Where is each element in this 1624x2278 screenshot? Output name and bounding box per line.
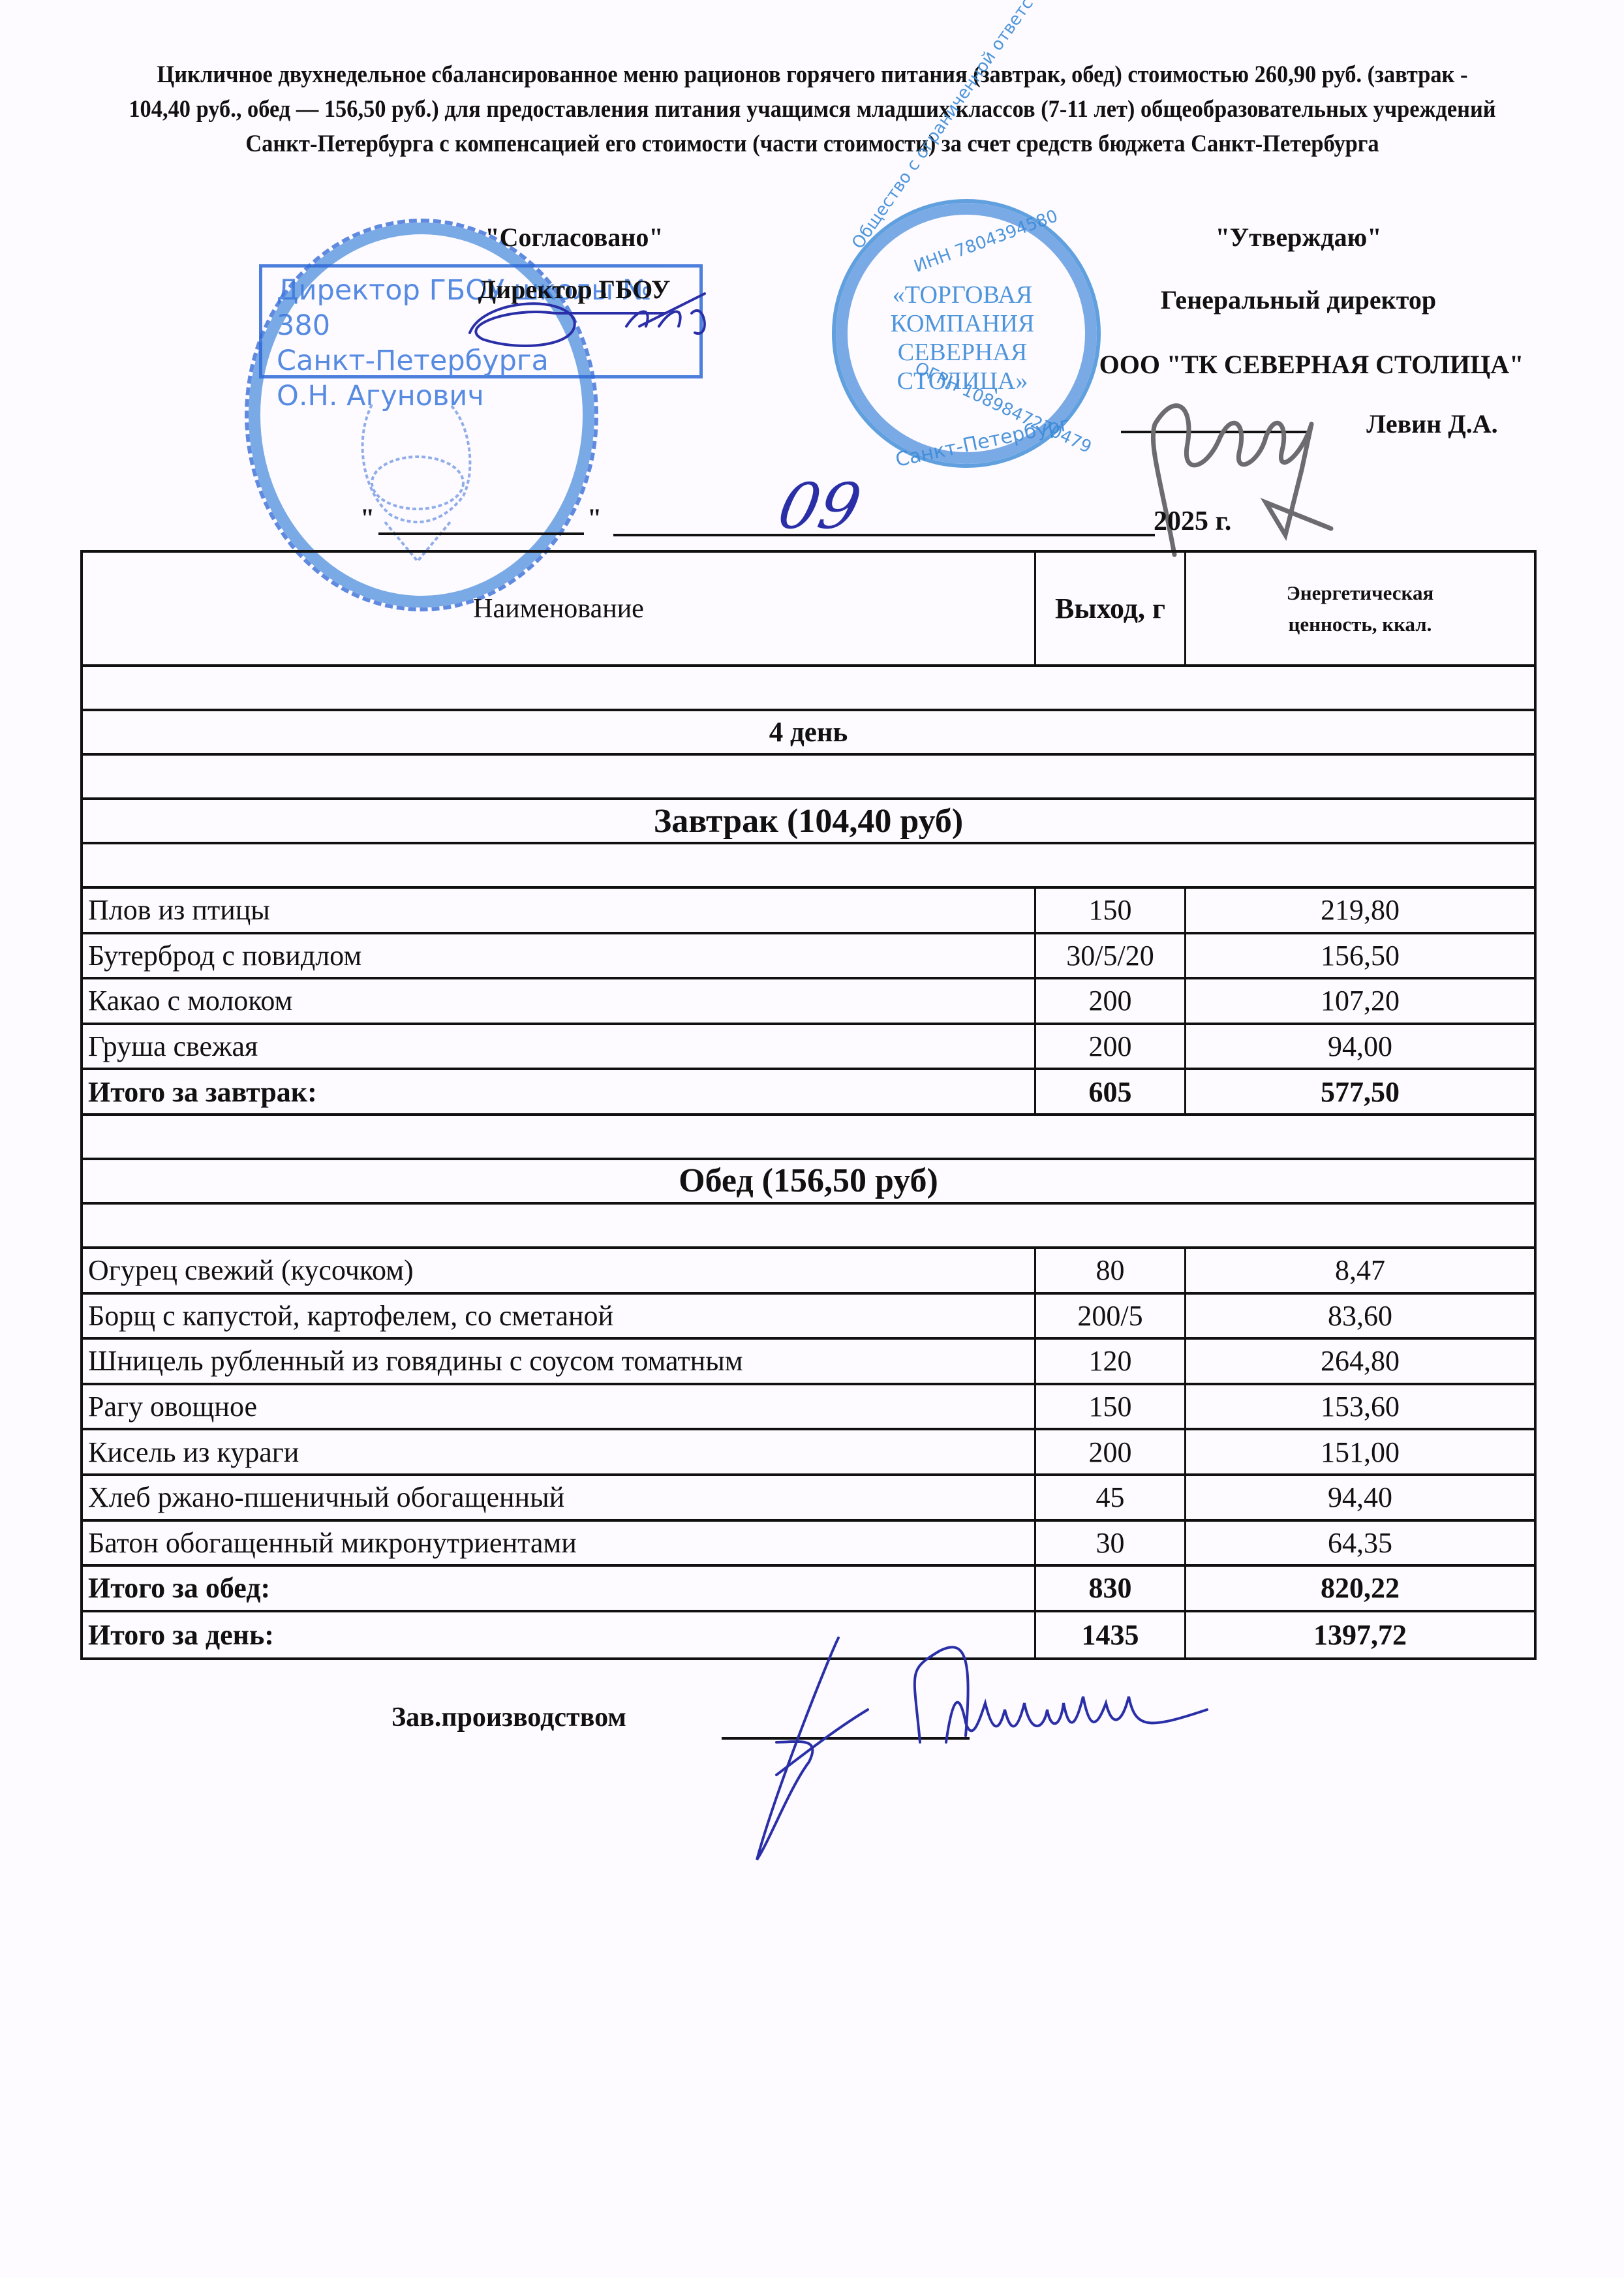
blank-row xyxy=(83,756,1534,800)
date-open-quote: " xyxy=(360,502,375,533)
date-month-handwritten: 09 xyxy=(772,470,867,543)
table-header-row: Наименование Выход, г Энергетическая цен… xyxy=(83,553,1534,667)
dish-yield: 200 xyxy=(1036,1430,1186,1473)
header-energy-line2: ценность, ккал. xyxy=(1287,609,1433,640)
lunch-section-row: Обед (156,50 руб) xyxy=(83,1160,1534,1205)
table-row: Кисель из кураги200151,00 xyxy=(83,1430,1534,1476)
day-label: 4 день xyxy=(83,711,1534,753)
stamp-line: СЕВЕРНАЯ xyxy=(874,338,1050,367)
blank-row xyxy=(83,844,1534,889)
dish-name: Кисель из кураги xyxy=(83,1430,1036,1473)
dish-name: Хлеб ржано-пшеничный обогащенный xyxy=(83,1476,1036,1519)
table-row: Батон обогащенный микронутриентами3064,3… xyxy=(83,1522,1534,1567)
table-row: Бутерброд с повидлом30/5/20156,50 xyxy=(83,934,1534,980)
school-director-signature xyxy=(444,274,718,365)
dish-energy: 107,20 xyxy=(1186,979,1534,1023)
blank-row xyxy=(83,1116,1534,1160)
blank-row xyxy=(83,1205,1534,1249)
approval-right-heading: "Утверждаю" xyxy=(1044,222,1553,253)
total-yield: 605 xyxy=(1036,1070,1186,1113)
dish-energy: 151,00 xyxy=(1186,1430,1534,1473)
dish-energy: 94,00 xyxy=(1186,1025,1534,1068)
dish-yield: 45 xyxy=(1036,1476,1186,1519)
document-title: Цикличное двухнедельное сбалансированное… xyxy=(123,57,1501,161)
dish-yield: 80 xyxy=(1036,1249,1186,1292)
production-manager-signature xyxy=(750,1631,1377,1866)
dish-energy: 156,50 xyxy=(1186,934,1534,977)
dish-energy: 264,80 xyxy=(1186,1340,1534,1383)
dish-energy: 8,47 xyxy=(1186,1249,1534,1292)
dish-energy: 219,80 xyxy=(1186,889,1534,932)
header-name: Наименование xyxy=(83,553,1036,664)
menu-table: Наименование Выход, г Энергетическая цен… xyxy=(80,550,1537,1660)
table-row: Какао с молоком200107,20 xyxy=(83,979,1534,1025)
dish-yield: 30/5/20 xyxy=(1036,934,1186,977)
dish-yield: 150 xyxy=(1036,1385,1186,1428)
dish-name: Груша свежая xyxy=(83,1025,1036,1068)
stamp-line: О.Н. Агунович xyxy=(277,378,699,414)
dish-yield: 150 xyxy=(1036,889,1186,932)
blank-row xyxy=(83,667,1534,711)
table-row: Борщ с капустой, картофелем, со сметаной… xyxy=(83,1295,1534,1340)
table-row: Рагу овощное150153,60 xyxy=(83,1385,1534,1431)
dish-yield: 30 xyxy=(1036,1522,1186,1565)
day-label-row: 4 день xyxy=(83,711,1534,756)
breakfast-section-row: Завтрак (104,40 руб) xyxy=(83,800,1534,844)
table-row: Хлеб ржано-пшеничный обогащенный4594,40 xyxy=(83,1476,1534,1522)
approval-left-heading: "Согласовано" xyxy=(378,222,770,253)
dish-name: Шницель рубленный из говядины с соусом т… xyxy=(83,1340,1036,1383)
header-yield: Выход, г xyxy=(1036,553,1186,664)
date-year: 2025 г. xyxy=(1154,506,1231,537)
header-energy-line1: Энергетическая xyxy=(1287,577,1433,609)
stamp-line: «ТОРГОВАЯ xyxy=(874,281,1050,309)
dish-yield: 120 xyxy=(1036,1340,1186,1383)
approval-right-position: Генеральный директор xyxy=(1044,285,1553,316)
date-month-line xyxy=(613,534,1155,536)
dish-energy: 64,35 xyxy=(1186,1522,1534,1565)
dish-energy: 83,60 xyxy=(1186,1295,1534,1338)
total-yield: 830 xyxy=(1036,1567,1186,1610)
table-row: Плов из птицы150219,80 xyxy=(83,889,1534,934)
dish-name: Рагу овощное xyxy=(83,1385,1036,1428)
total-energy: 820,22 xyxy=(1186,1567,1534,1610)
stamp-line: КОМПАНИЯ xyxy=(874,309,1050,338)
dish-yield: 200 xyxy=(1036,1025,1186,1068)
date-day-line xyxy=(378,532,584,535)
dish-name: Какао с молоком xyxy=(83,979,1036,1023)
header-energy: Энергетическая ценность, ккал. xyxy=(1186,553,1534,664)
total-energy: 577,50 xyxy=(1186,1070,1534,1113)
date-close-quote: " xyxy=(587,502,602,533)
general-director-signature xyxy=(1135,352,1344,574)
lunch-label: Обед (156,50 руб) xyxy=(83,1160,1534,1202)
dish-energy: 153,60 xyxy=(1186,1385,1534,1428)
breakfast-label: Завтрак (104,40 руб) xyxy=(83,800,1534,842)
dish-name: Огурец свежий (кусочком) xyxy=(83,1249,1036,1292)
total-row: Итого за завтрак:605577,50 xyxy=(83,1070,1534,1116)
dish-name: Батон обогащенный микронутриентами xyxy=(83,1522,1036,1565)
total-row: Итого за обед:830820,22 xyxy=(83,1567,1534,1612)
table-row: Шницель рубленный из говядины с соусом т… xyxy=(83,1340,1534,1385)
dish-name: Бутерброд с повидлом xyxy=(83,934,1036,977)
table-row: Груша свежая20094,00 xyxy=(83,1025,1534,1071)
total-label: Итого за завтрак: xyxy=(83,1070,1036,1113)
table-row: Огурец свежий (кусочком)808,47 xyxy=(83,1249,1534,1295)
dish-yield: 200/5 xyxy=(1036,1295,1186,1338)
total-label: Итого за обед: xyxy=(83,1567,1036,1610)
dish-name: Плов из птицы xyxy=(83,889,1036,932)
production-manager-label: Зав.производством xyxy=(391,1702,626,1733)
dish-yield: 200 xyxy=(1036,979,1186,1023)
dish-name: Борщ с капустой, картофелем, со сметаной xyxy=(83,1295,1036,1338)
dish-energy: 94,40 xyxy=(1186,1476,1534,1519)
